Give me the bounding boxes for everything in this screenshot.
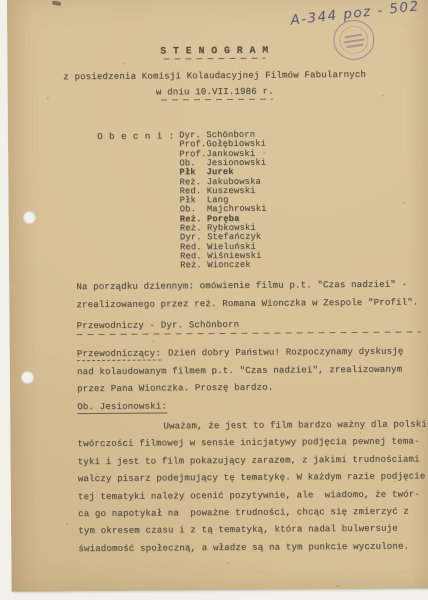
chairman-speech-line: przez Pana Wionczka. Proszę bardzo. — [77, 382, 273, 395]
chairman-speech-line: Przewodniczący:Dzień dobry Państwu! Rozp… — [77, 346, 404, 360]
archive-stamp — [331, 17, 377, 63]
speech-paragraph-line: tym okresem czasu i z tą tematyką, która… — [78, 523, 398, 537]
speaker-label-jesionowski: Ob. Jesionowski: — [77, 400, 167, 412]
punch-hole-top — [23, 211, 36, 224]
speaker-label-chairman: Przewodniczący: — [77, 347, 161, 361]
paper-smudge — [52, 0, 62, 6]
speech-paragraph-line: świadomość społeczną, a władze są na tym… — [78, 540, 409, 554]
speech-paragraph-line: ca go napotykał na poważne trudności, ch… — [78, 506, 409, 520]
subtitle-committee: z posiedzenia Komisji Kolaudacyjnej Film… — [1, 68, 428, 82]
scan-background: { "colors": { "paper": "#d7c096", "ink":… — [0, 0, 428, 600]
agenda-line: zrealizowanego przez reż. Romana Wionczk… — [76, 296, 418, 310]
speech-paragraph-line: walczy pisarz podejmujący tę tematykę. W… — [78, 471, 426, 485]
paper-speckles — [0, 2, 2, 4]
page-content: A-344 poz - 502 S T E N O G R A M z posi… — [0, 0, 428, 600]
attendees-label: O b e c n i : — [97, 130, 175, 142]
attendee-row: Reż. Wionczek — [180, 260, 251, 271]
scanned-page: A-344 poz - 502 S T E N O G R A M z posi… — [7, 0, 428, 592]
subtitle-date: w dniu 10.VII.1986 r. — [1, 84, 428, 98]
punch-hole-bottom — [21, 371, 34, 384]
agenda-line: Na porządku dziennym: omówienie filmu p.… — [76, 279, 407, 293]
title-underline — [164, 58, 266, 60]
chairman-speech-line: nad kolaudowanym filmem p.t. "Czas nadzi… — [77, 363, 402, 377]
speech-text: Dzień dobry Państwu! Rozpoczynamy dyskus… — [168, 346, 404, 359]
chairman-line: Przewodniczy - Dyr. Schönborn — [77, 319, 240, 331]
chairman-divider — [77, 331, 421, 335]
speech-paragraph-line: tyki i jest to film pokazujący zarazem, … — [78, 453, 420, 467]
speech-paragraph-line: tej tematyki należy ocenić pozytywnie, a… — [78, 488, 420, 502]
date-underline — [161, 99, 273, 101]
speech-paragraph-line: twórczości filmowej w sensie inicjatywy … — [77, 436, 419, 450]
speech-paragraph-line: Uważam, że jest to film bardzo ważny dla… — [163, 418, 428, 431]
